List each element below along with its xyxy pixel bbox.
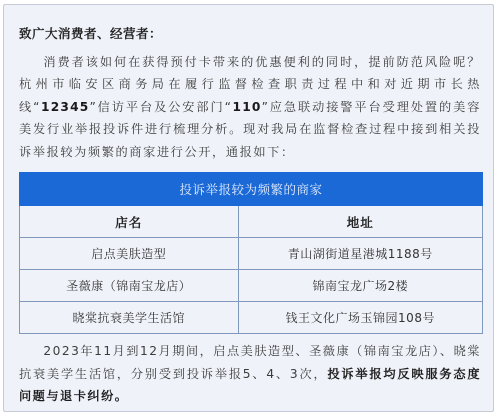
intro-text-2: ”信访平台及公安部门“ bbox=[89, 100, 232, 114]
table-header-row: 店名 地址 bbox=[20, 206, 483, 238]
table-row: 圣薇康（锦南宝龙店） 锦南宝龙广场2楼 bbox=[20, 270, 483, 302]
table-row: 晓棠抗衰美学生活馆 钱王文化广场玉锦园108号 bbox=[20, 302, 483, 334]
notice-card: 致广大消费者、经营者： 消费者该如何在获得预付卡带来的优惠便利的同时，提前防范风… bbox=[3, 4, 494, 412]
merchant-table: 投诉举报较为频繁的商家 店名 地址 启点美肤造型 青山湖街道星港城1188号 圣… bbox=[19, 172, 483, 334]
police-number: 110 bbox=[233, 100, 262, 114]
merchant-table-container: 投诉举报较为频繁的商家 店名 地址 启点美肤造型 青山湖街道星港城1188号 圣… bbox=[19, 172, 483, 334]
column-header-address: 地址 bbox=[238, 206, 482, 238]
hotline-number: 12345 bbox=[41, 100, 89, 114]
table-row: 启点美肤造型 青山湖街道星港城1188号 bbox=[20, 238, 483, 270]
summary-paragraph: 2023年11月到12月期间，启点美肤造型、圣薇康（锦南宝龙店）、晓棠抗衰美学生… bbox=[19, 340, 481, 408]
address-cell: 钱王文化广场玉锦园108号 bbox=[238, 302, 482, 334]
greeting-heading: 致广大消费者、经营者： bbox=[19, 25, 481, 43]
store-name-cell: 晓棠抗衰美学生活馆 bbox=[20, 302, 239, 334]
address-cell: 锦南宝龙广场2楼 bbox=[238, 270, 482, 302]
store-name-cell: 圣薇康（锦南宝龙店） bbox=[20, 270, 239, 302]
intro-paragraph: 消费者该如何在获得预付卡带来的优惠便利的同时，提前防范风险呢？杭州市临安区商务局… bbox=[19, 51, 481, 163]
table-caption: 投诉举报较为频繁的商家 bbox=[20, 173, 483, 206]
column-header-store-name: 店名 bbox=[20, 206, 239, 238]
table-caption-row: 投诉举报较为频繁的商家 bbox=[20, 173, 483, 206]
store-name-cell: 启点美肤造型 bbox=[20, 238, 239, 270]
address-cell: 青山湖街道星港城1188号 bbox=[238, 238, 482, 270]
